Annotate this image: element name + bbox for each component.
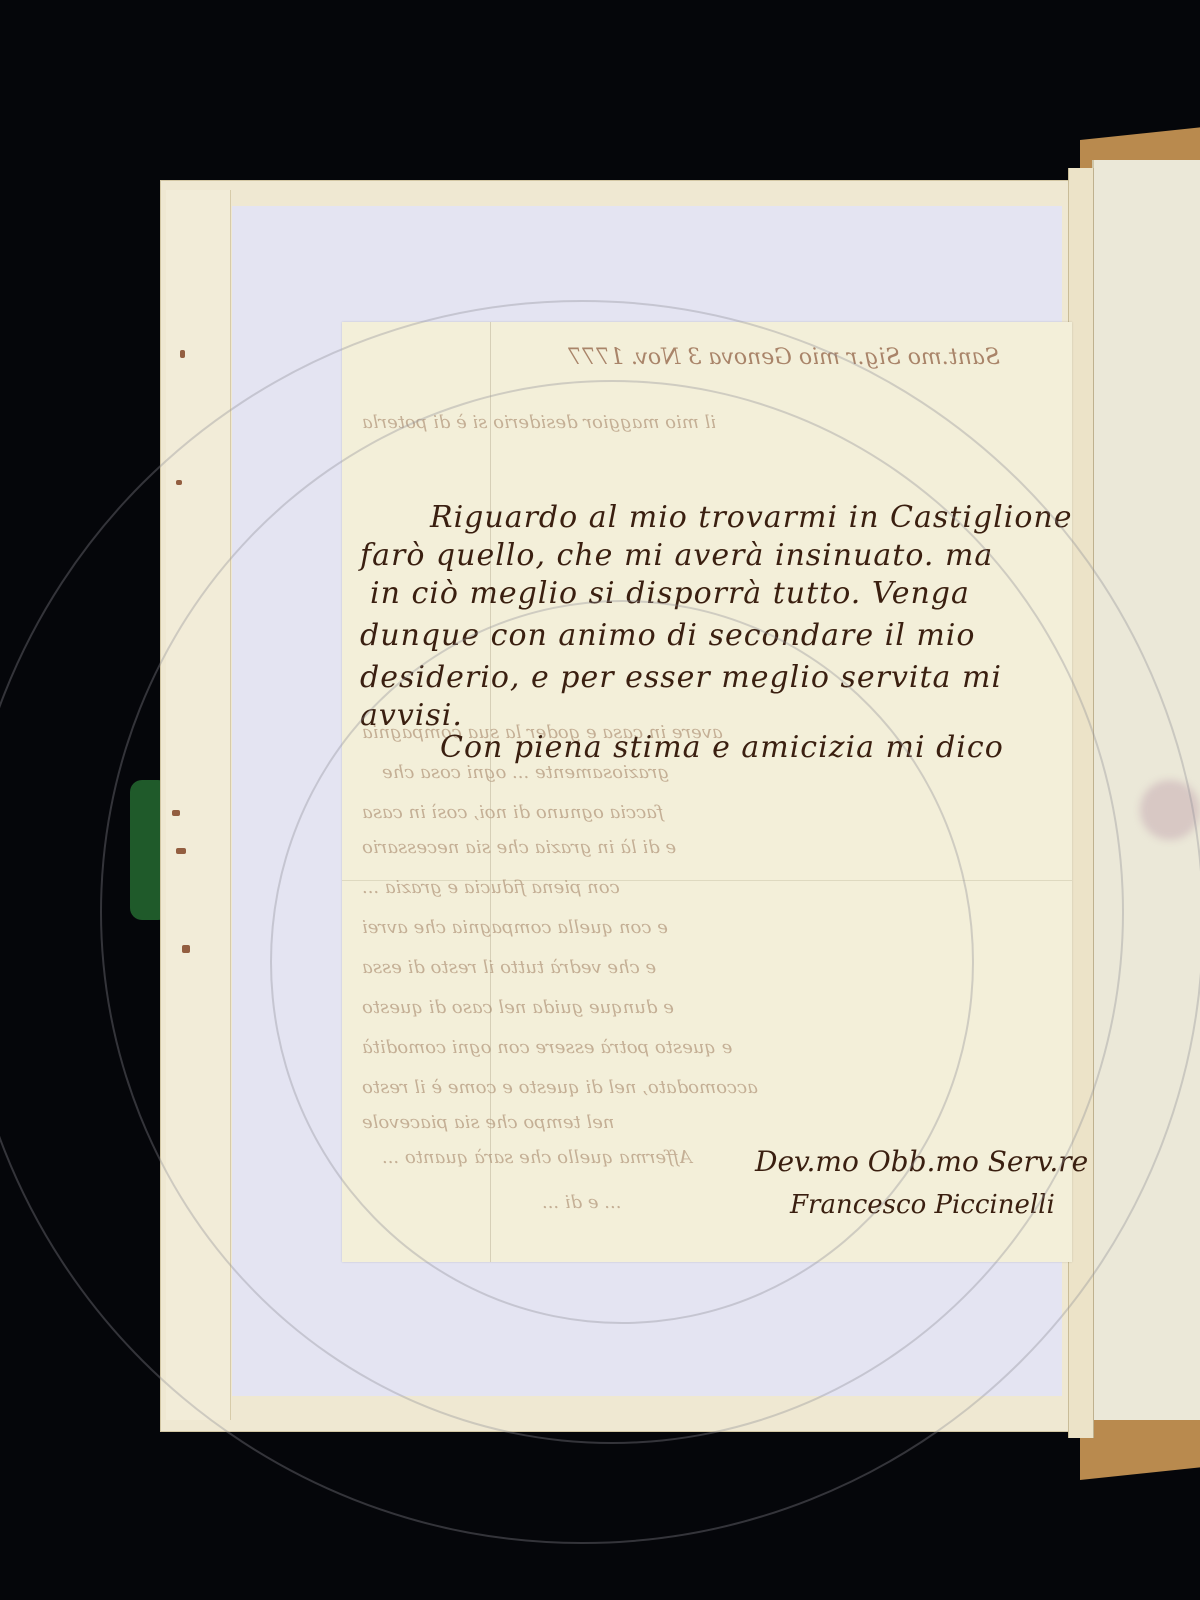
ink-stain: [180, 350, 185, 358]
watermark-inner-circle: [270, 600, 974, 1324]
